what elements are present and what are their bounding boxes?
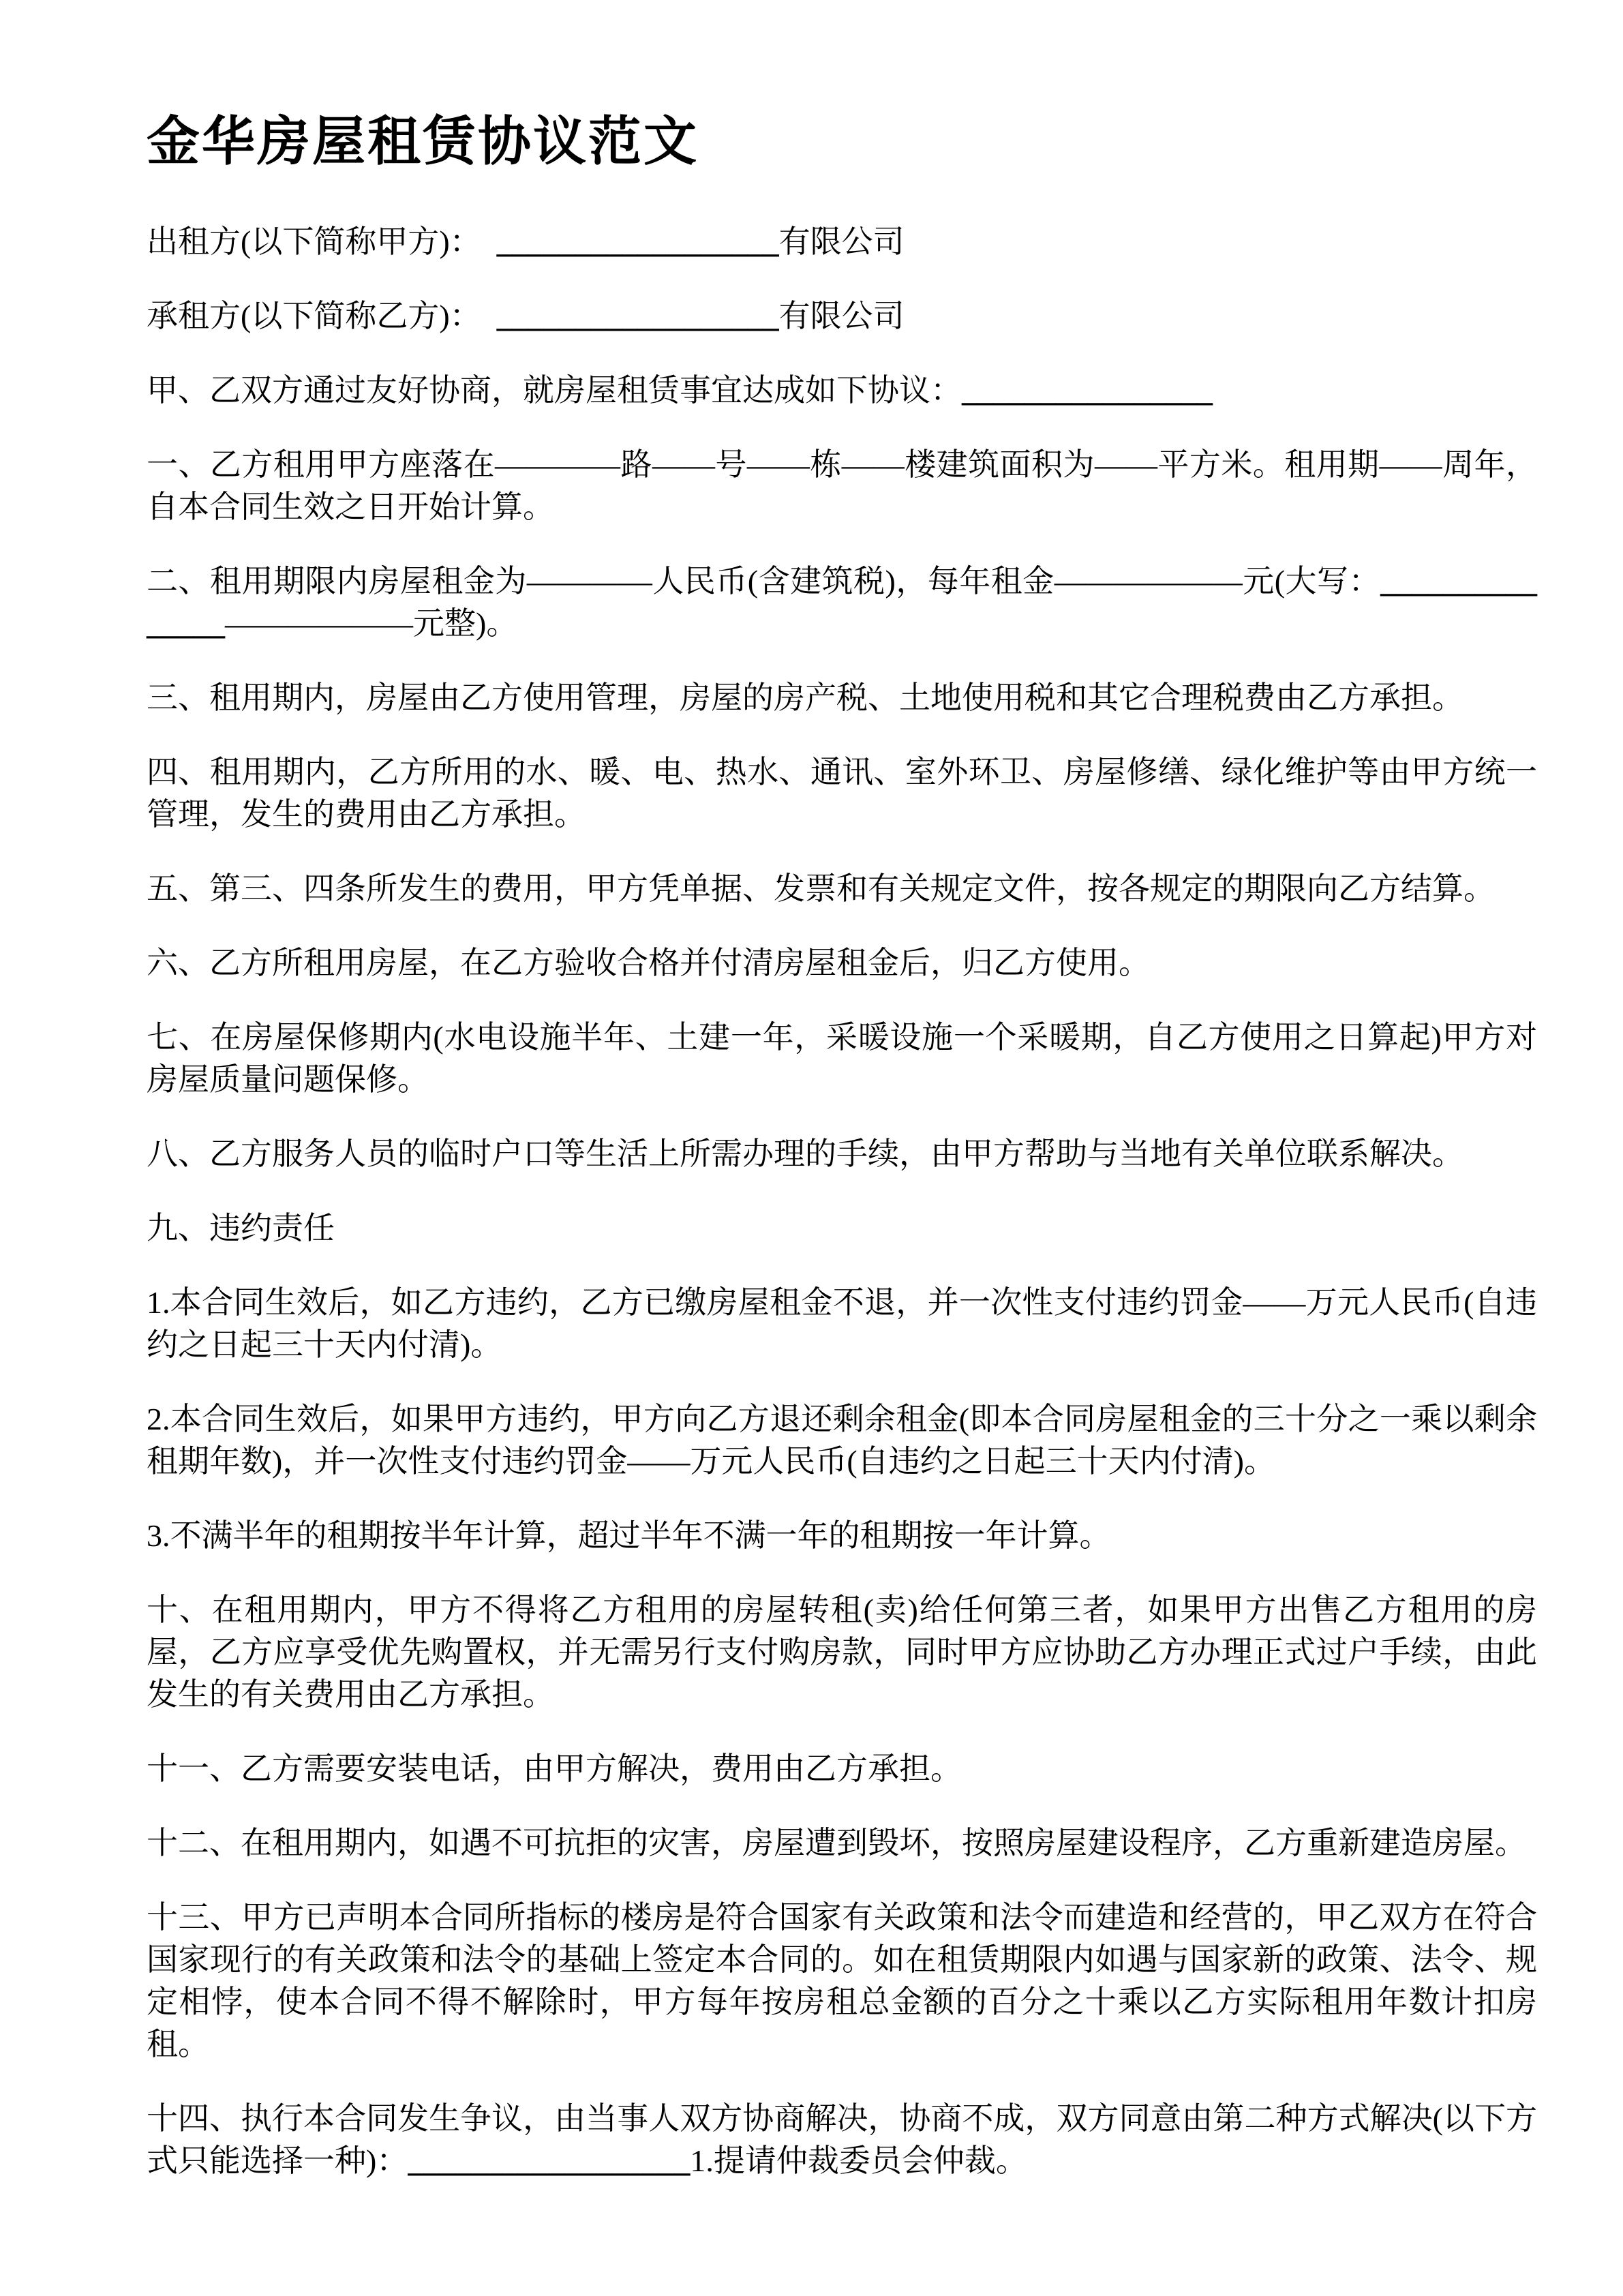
text-run: ——————元整)。 bbox=[225, 606, 517, 641]
blank-field: __________________ bbox=[497, 224, 779, 259]
clause-12: 十二、在租用期内，如遇不可抗拒的灾害，房屋遭到毁坏，按照房屋建设程序，乙方重新建… bbox=[147, 1822, 1537, 1864]
text-run: 十三、甲方已声明本合同所指标的楼房是符合国家有关政策和法令而建造和经营的，甲乙双… bbox=[147, 1900, 1537, 2061]
clause-14: 十四、执行本合同发生争议，由当事人双方协商解决，协商不成，双方同意由第二种方式解… bbox=[147, 2098, 1537, 2182]
party-lessor-line: 出租方(以下简称甲方)： __________________有限公司 bbox=[147, 221, 1537, 263]
text-run: 3.不满半年的租期按半年计算，超过半年不满一年的租期按一年计算。 bbox=[147, 1518, 1111, 1553]
text-run: 二、租用期限内房屋租金为————人民币(含建筑税)，每年租金——————元(大写… bbox=[147, 564, 1380, 599]
text-run: 1.本合同生效后，如乙方违约，乙方已缴房屋租金不退，并一次性支付违约罚金——万元… bbox=[147, 1285, 1537, 1362]
clause-2: 二、租用期限内房屋租金为————人民币(含建筑税)，每年租金——————元(大写… bbox=[147, 560, 1537, 645]
clause-8: 八、乙方服务人员的临时户口等生活上所需办理的手续，由甲方帮助与当地有关单位联系解… bbox=[147, 1133, 1537, 1175]
text-run: 1.提请仲裁委员会仲裁。 bbox=[690, 2143, 1027, 2178]
party-lessee-line: 承租方(以下简称乙方)： __________________有限公司 bbox=[147, 295, 1537, 337]
text-run: 出租方(以下简称甲方)： bbox=[147, 224, 497, 259]
text-run: 十二、在租用期内，如遇不可抗拒的灾害，房屋遭到毁坏，按照房屋建设程序，乙方重新建… bbox=[147, 1826, 1526, 1860]
clause-9-item-1: 1.本合同生效后，如乙方违约，乙方已缴房屋租金不退，并一次性支付违约罚金——万元… bbox=[147, 1282, 1537, 1366]
blank-field: __________________ bbox=[408, 2143, 690, 2178]
text-run: 六、乙方所租用房屋，在乙方验收合格并付清房屋租金后，归乙方使用。 bbox=[147, 946, 1150, 980]
text-run: 四、租用期内，乙方所用的水、暖、电、热水、通讯、室外环卫、房屋修缮、绿化维护等由… bbox=[147, 755, 1537, 832]
clause-13: 十三、甲方已声明本合同所指标的楼房是符合国家有关政策和法令而建造和经营的，甲乙双… bbox=[147, 1897, 1537, 2066]
text-run: 承租方(以下简称乙方)： bbox=[147, 299, 497, 333]
clause-4: 四、租用期内，乙方所用的水、暖、电、热水、通讯、室外环卫、房屋修缮、绿化维护等由… bbox=[147, 751, 1537, 836]
text-run: 七、在房屋保修期内(水电设施半年、土建一年，采暖设施一个采暖期，自乙方使用之日算… bbox=[147, 1020, 1537, 1097]
clause-7: 七、在房屋保修期内(水电设施半年、土建一年，采暖设施一个采暖期，自乙方使用之日算… bbox=[147, 1016, 1537, 1101]
clause-10: 十、在租用期内，甲方不得将乙方租用的房屋转租(卖)给任何第三者，如果甲方出售乙方… bbox=[147, 1589, 1537, 1716]
clause-9-item-2: 2.本合同生效后，如果甲方违约，甲方向乙方退还剩余租金(即本合同房屋租金的三十分… bbox=[147, 1398, 1537, 1483]
document-page: 金华房屋租赁协议范文 出租方(以下简称甲方)： ________________… bbox=[0, 0, 1623, 2296]
clause-3: 三、租用期内，房屋由乙方使用管理，房屋的房产税、土地使用税和其它合理税费由乙方承… bbox=[147, 677, 1537, 719]
blank-field: __________________ bbox=[497, 299, 779, 333]
text-run: 有限公司 bbox=[779, 224, 905, 259]
document-title: 金华房屋租赁协议范文 bbox=[147, 108, 1537, 176]
document-body: 出租方(以下简称甲方)： __________________有限公司承租方(以… bbox=[147, 221, 1537, 2182]
text-run: 一、乙方租用甲方座落在————路——号——栋——楼建筑面积为——平方米。租用期—… bbox=[147, 447, 1537, 524]
clause-1: 一、乙方租用甲方座落在————路——号——栋——楼建筑面积为——平方米。租用期—… bbox=[147, 444, 1537, 528]
clause-9: 九、违约责任 bbox=[147, 1207, 1537, 1250]
text-run: 2.本合同生效后，如果甲方违约，甲方向乙方退还剩余租金(即本合同房屋租金的三十分… bbox=[147, 1402, 1537, 1479]
text-run: 有限公司 bbox=[779, 299, 905, 333]
text-run: 五、第三、四条所发生的费用，甲方凭单据、发票和有关规定文件，按各规定的期限向乙方… bbox=[147, 871, 1495, 906]
clause-11: 十一、乙方需要安装电话，由甲方解决，费用由乙方承担。 bbox=[147, 1748, 1537, 1790]
preamble-line: 甲、乙双方通过友好协商，就房屋租赁事宜达成如下协议：______________… bbox=[147, 369, 1537, 412]
clause-6: 六、乙方所租用房屋，在乙方验收合格并付清房屋租金后，归乙方使用。 bbox=[147, 942, 1537, 984]
clause-9-item-3: 3.不满半年的租期按半年计算，超过半年不满一年的租期按一年计算。 bbox=[147, 1515, 1537, 1557]
text-run: 八、乙方服务人员的临时户口等生活上所需办理的手续，由甲方帮助与当地有关单位联系解… bbox=[147, 1136, 1463, 1171]
text-run: 九、违约责任 bbox=[147, 1211, 335, 1245]
text-run: 三、租用期内，房屋由乙方使用管理，房屋的房产税、土地使用税和其它合理税费由乙方承… bbox=[147, 680, 1463, 715]
text-run: 十一、乙方需要安装电话，由甲方解决，费用由乙方承担。 bbox=[147, 1751, 962, 1786]
clause-5: 五、第三、四条所发生的费用，甲方凭单据、发票和有关规定文件，按各规定的期限向乙方… bbox=[147, 868, 1537, 910]
text-run: 甲、乙双方通过友好协商，就房屋租赁事宜达成如下协议： bbox=[147, 373, 962, 408]
blank-field: ________________ bbox=[962, 373, 1213, 408]
text-run: 十、在租用期内，甲方不得将乙方租用的房屋转租(卖)给任何第三者，如果甲方出售乙方… bbox=[147, 1592, 1537, 1712]
